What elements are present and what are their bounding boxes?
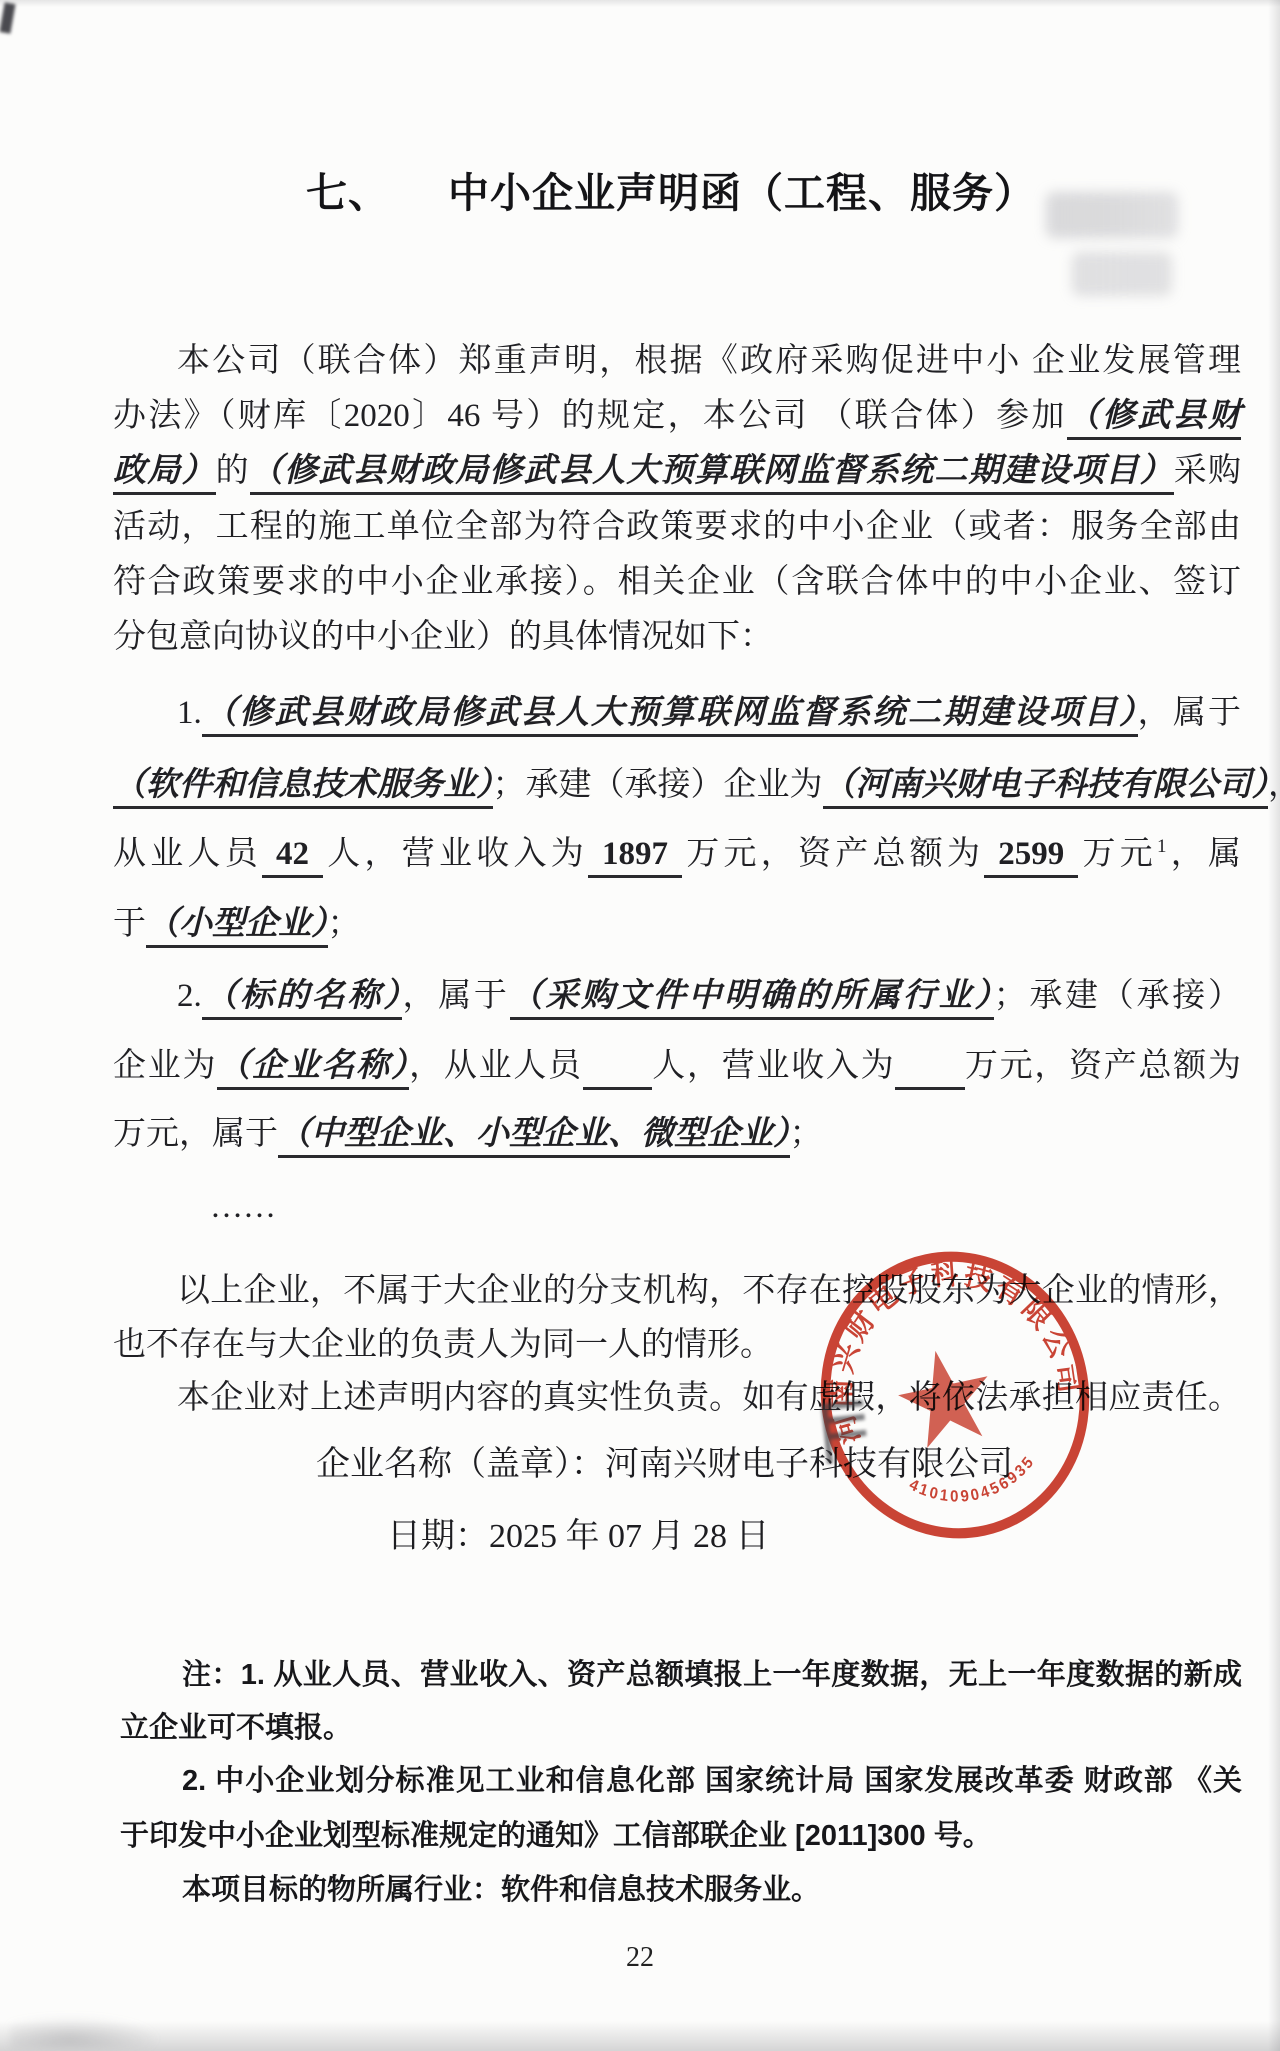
paragraph-line: 办法》（财库〔2020〕46 号）的规定，本公司 （联合体）参加（修武县财 bbox=[113, 395, 1241, 437]
note-line: 本项目标的物所属行业：软件和信息技术服务业。 bbox=[120, 1871, 1242, 1909]
page-number: 22 bbox=[0, 1942, 1280, 1974]
seal-number-text: 4101090456935 bbox=[904, 1450, 1044, 1518]
note-line: 2. 中小企业划分标准见工业和信息化部 国家统计局 国家发展改革委 财政部 《关 bbox=[120, 1762, 1242, 1800]
date-line: 日期：2025 年 07 月 28 日 bbox=[387, 1516, 770, 1558]
document-title: 七、中小企业声明函（工程、服务） bbox=[306, 168, 1036, 218]
document-page: 七、中小企业声明函（工程、服务） 本公司（联合体）郑重声明，根据《政府采购促进中… bbox=[0, 0, 1280, 2051]
scan-corner-shadow bbox=[10, 2015, 160, 2049]
scan-edge-shadow bbox=[0, 0, 1280, 7]
item1-line: 于（小型企业）； bbox=[113, 903, 1241, 945]
item2-line: 2.（标的名称），属于（采购文件中明确的所属行业）；承建（承接） bbox=[113, 975, 1241, 1017]
scan-edge-shadow bbox=[0, 2021, 1280, 2051]
note-line: 立企业可不填报。 bbox=[120, 1709, 1242, 1747]
item2-line: 万元，属于（中型企业、小型企业、微型企业）； bbox=[113, 1113, 1241, 1155]
paragraph-line: 符合政策要求的中小企业承接）。相关企业（含联合体中的中小企业、签订 bbox=[113, 561, 1241, 603]
title-text: 中小企业声明函（工程、服务） bbox=[448, 170, 1036, 216]
seal-star-icon bbox=[891, 1341, 1000, 1451]
title-section-number: 七、 bbox=[306, 170, 390, 216]
bleedthrough-smudge bbox=[1046, 192, 1178, 238]
note-line: 于印发中小企业划型标准规定的通知》工信部联企业 [2011]300 号。 bbox=[120, 1817, 1242, 1855]
paragraph-line: 活动，工程的施工单位全部为符合政策要求的中小企业（或者：服务全部由 bbox=[113, 506, 1241, 548]
company-seal: 河南兴财电子科技有限公司 4101090456935 bbox=[805, 1242, 1105, 1548]
note-line: 注：1. 从业人员、营业收入、资产总额填报上一年度数据，无上一年度数据的新成 bbox=[120, 1656, 1242, 1694]
scan-edge-shadow bbox=[1268, 0, 1280, 2051]
ink-smudge bbox=[821, 1400, 869, 1464]
item1-line: 从业人员42人，营业收入为1897万元，资产总额为2599万元1，属 bbox=[113, 833, 1241, 875]
item1-line: 1.（修武县财政局修武县人大预算联网监督系统二期建设项目），属于 bbox=[113, 692, 1241, 734]
ellipsis-line: …… bbox=[210, 1186, 276, 1228]
paragraph-line: 分包意向协议的中小企业）的具体情况如下： bbox=[113, 616, 1241, 658]
paragraph-line: 政局）的（修武县财政局修武县人大预算联网监督系统二期建设项目）采购 bbox=[113, 450, 1241, 492]
paragraph-line: 本公司（联合体）郑重声明，根据《政府采购促进中小 企业发展管理 bbox=[113, 340, 1241, 382]
item1-line: （软件和信息技术服务业）；承建（承接）企业为（河南兴财电子科技有限公司）， bbox=[113, 764, 1241, 806]
item2-line: 企业为（企业名称），从业人员 人，营业收入为 万元，资产总额为 bbox=[113, 1045, 1241, 1087]
bleedthrough-smudge bbox=[1072, 252, 1172, 296]
